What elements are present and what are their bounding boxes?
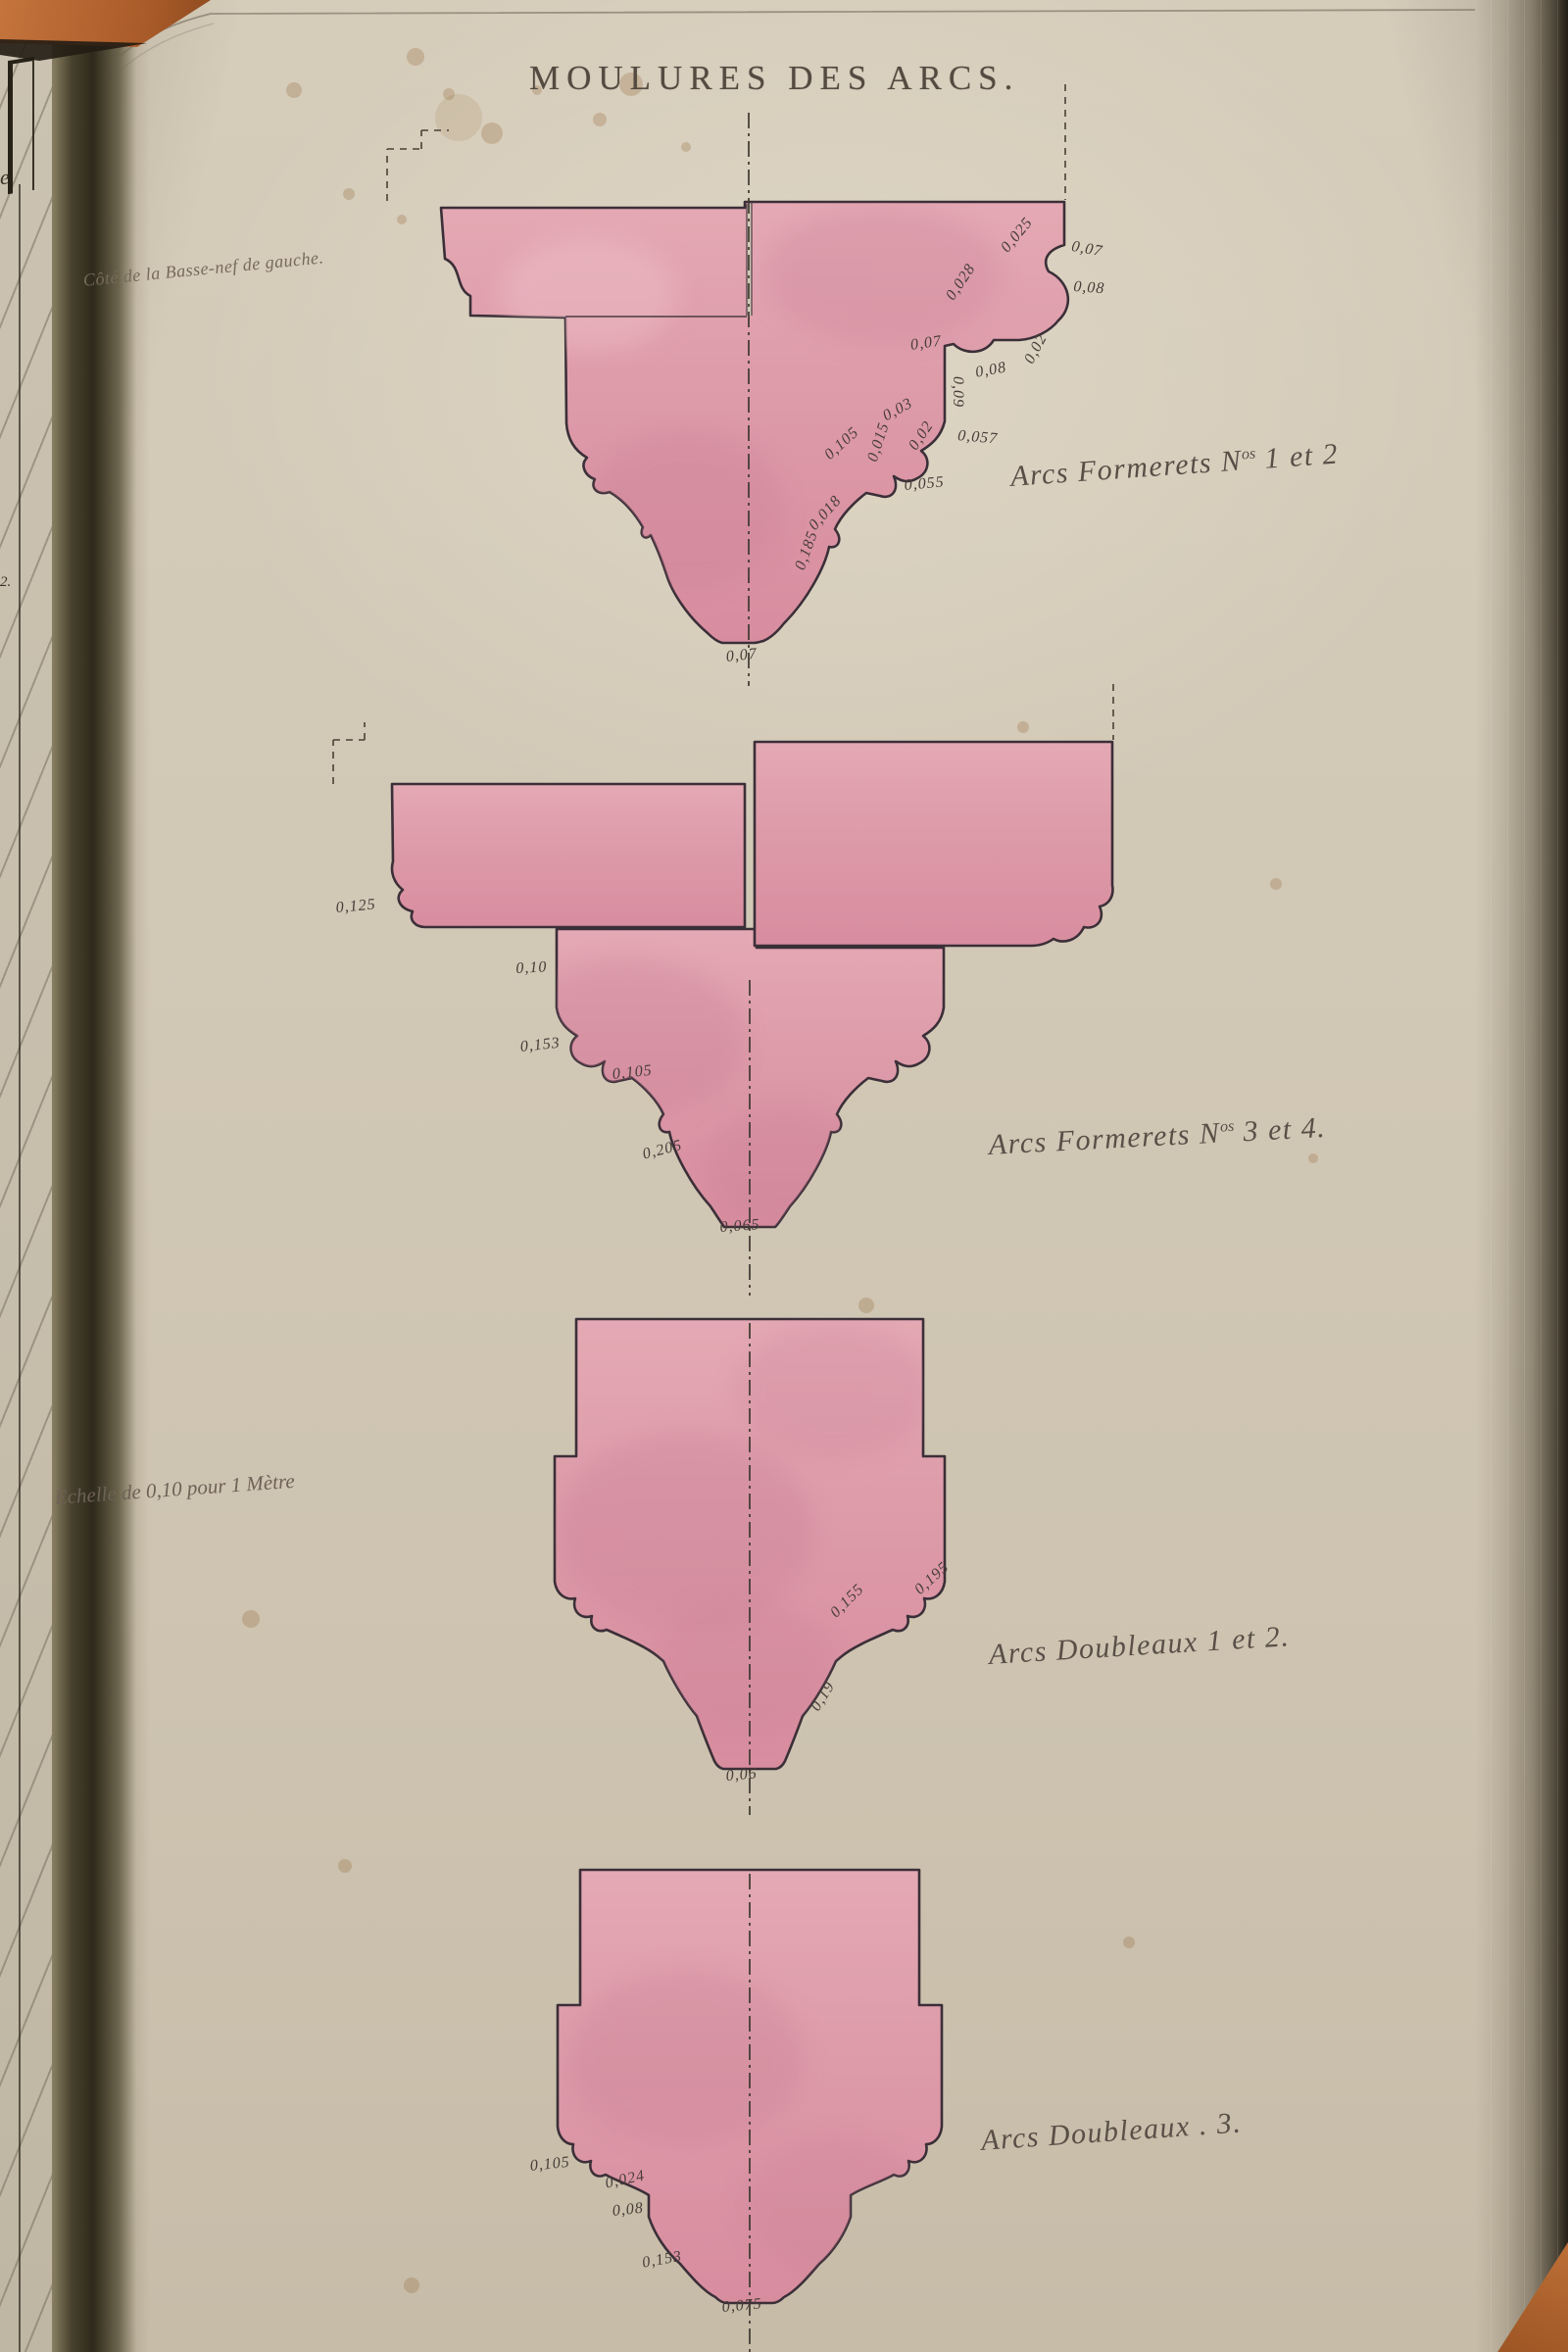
measurement-label: 0,07 <box>725 646 759 666</box>
caption-sup: os <box>1220 1118 1235 1136</box>
facing-page-frame-rule <box>19 184 21 2352</box>
measurement-label: 0,10 <box>515 958 548 978</box>
measurement-label: 0,08 <box>1073 278 1105 298</box>
page-title: MOULURES DES ARCS. <box>529 59 960 98</box>
facing-page-frame-corner <box>8 57 34 194</box>
book-gutter-shadow <box>52 0 150 2352</box>
measurement-label: 0,09 <box>949 376 966 408</box>
scanned-book-page: e. 2. <box>0 0 1568 2352</box>
measurement-label: 0,06 <box>725 1765 758 1786</box>
measurement-label: 0,08 <box>612 2200 645 2221</box>
measurement-label: 0,057 <box>956 427 998 449</box>
caption-text: 3 et 4. <box>1234 1111 1327 1149</box>
main-page-paper <box>39 0 1568 2352</box>
measurement-label: 0,065 <box>719 1216 760 1237</box>
measurement-label: 0,055 <box>904 473 945 495</box>
book-page-edges-right <box>1475 0 1568 2352</box>
facing-page-strip: e. 2. <box>0 0 52 2352</box>
caption-sup: os <box>1241 445 1255 463</box>
measurement-label: 0,075 <box>721 2295 762 2317</box>
measurement-label: 0,125 <box>335 896 376 917</box>
facing-page-text-fragment: 2. <box>0 574 11 591</box>
caption-text: 1 et 2 <box>1254 438 1340 476</box>
